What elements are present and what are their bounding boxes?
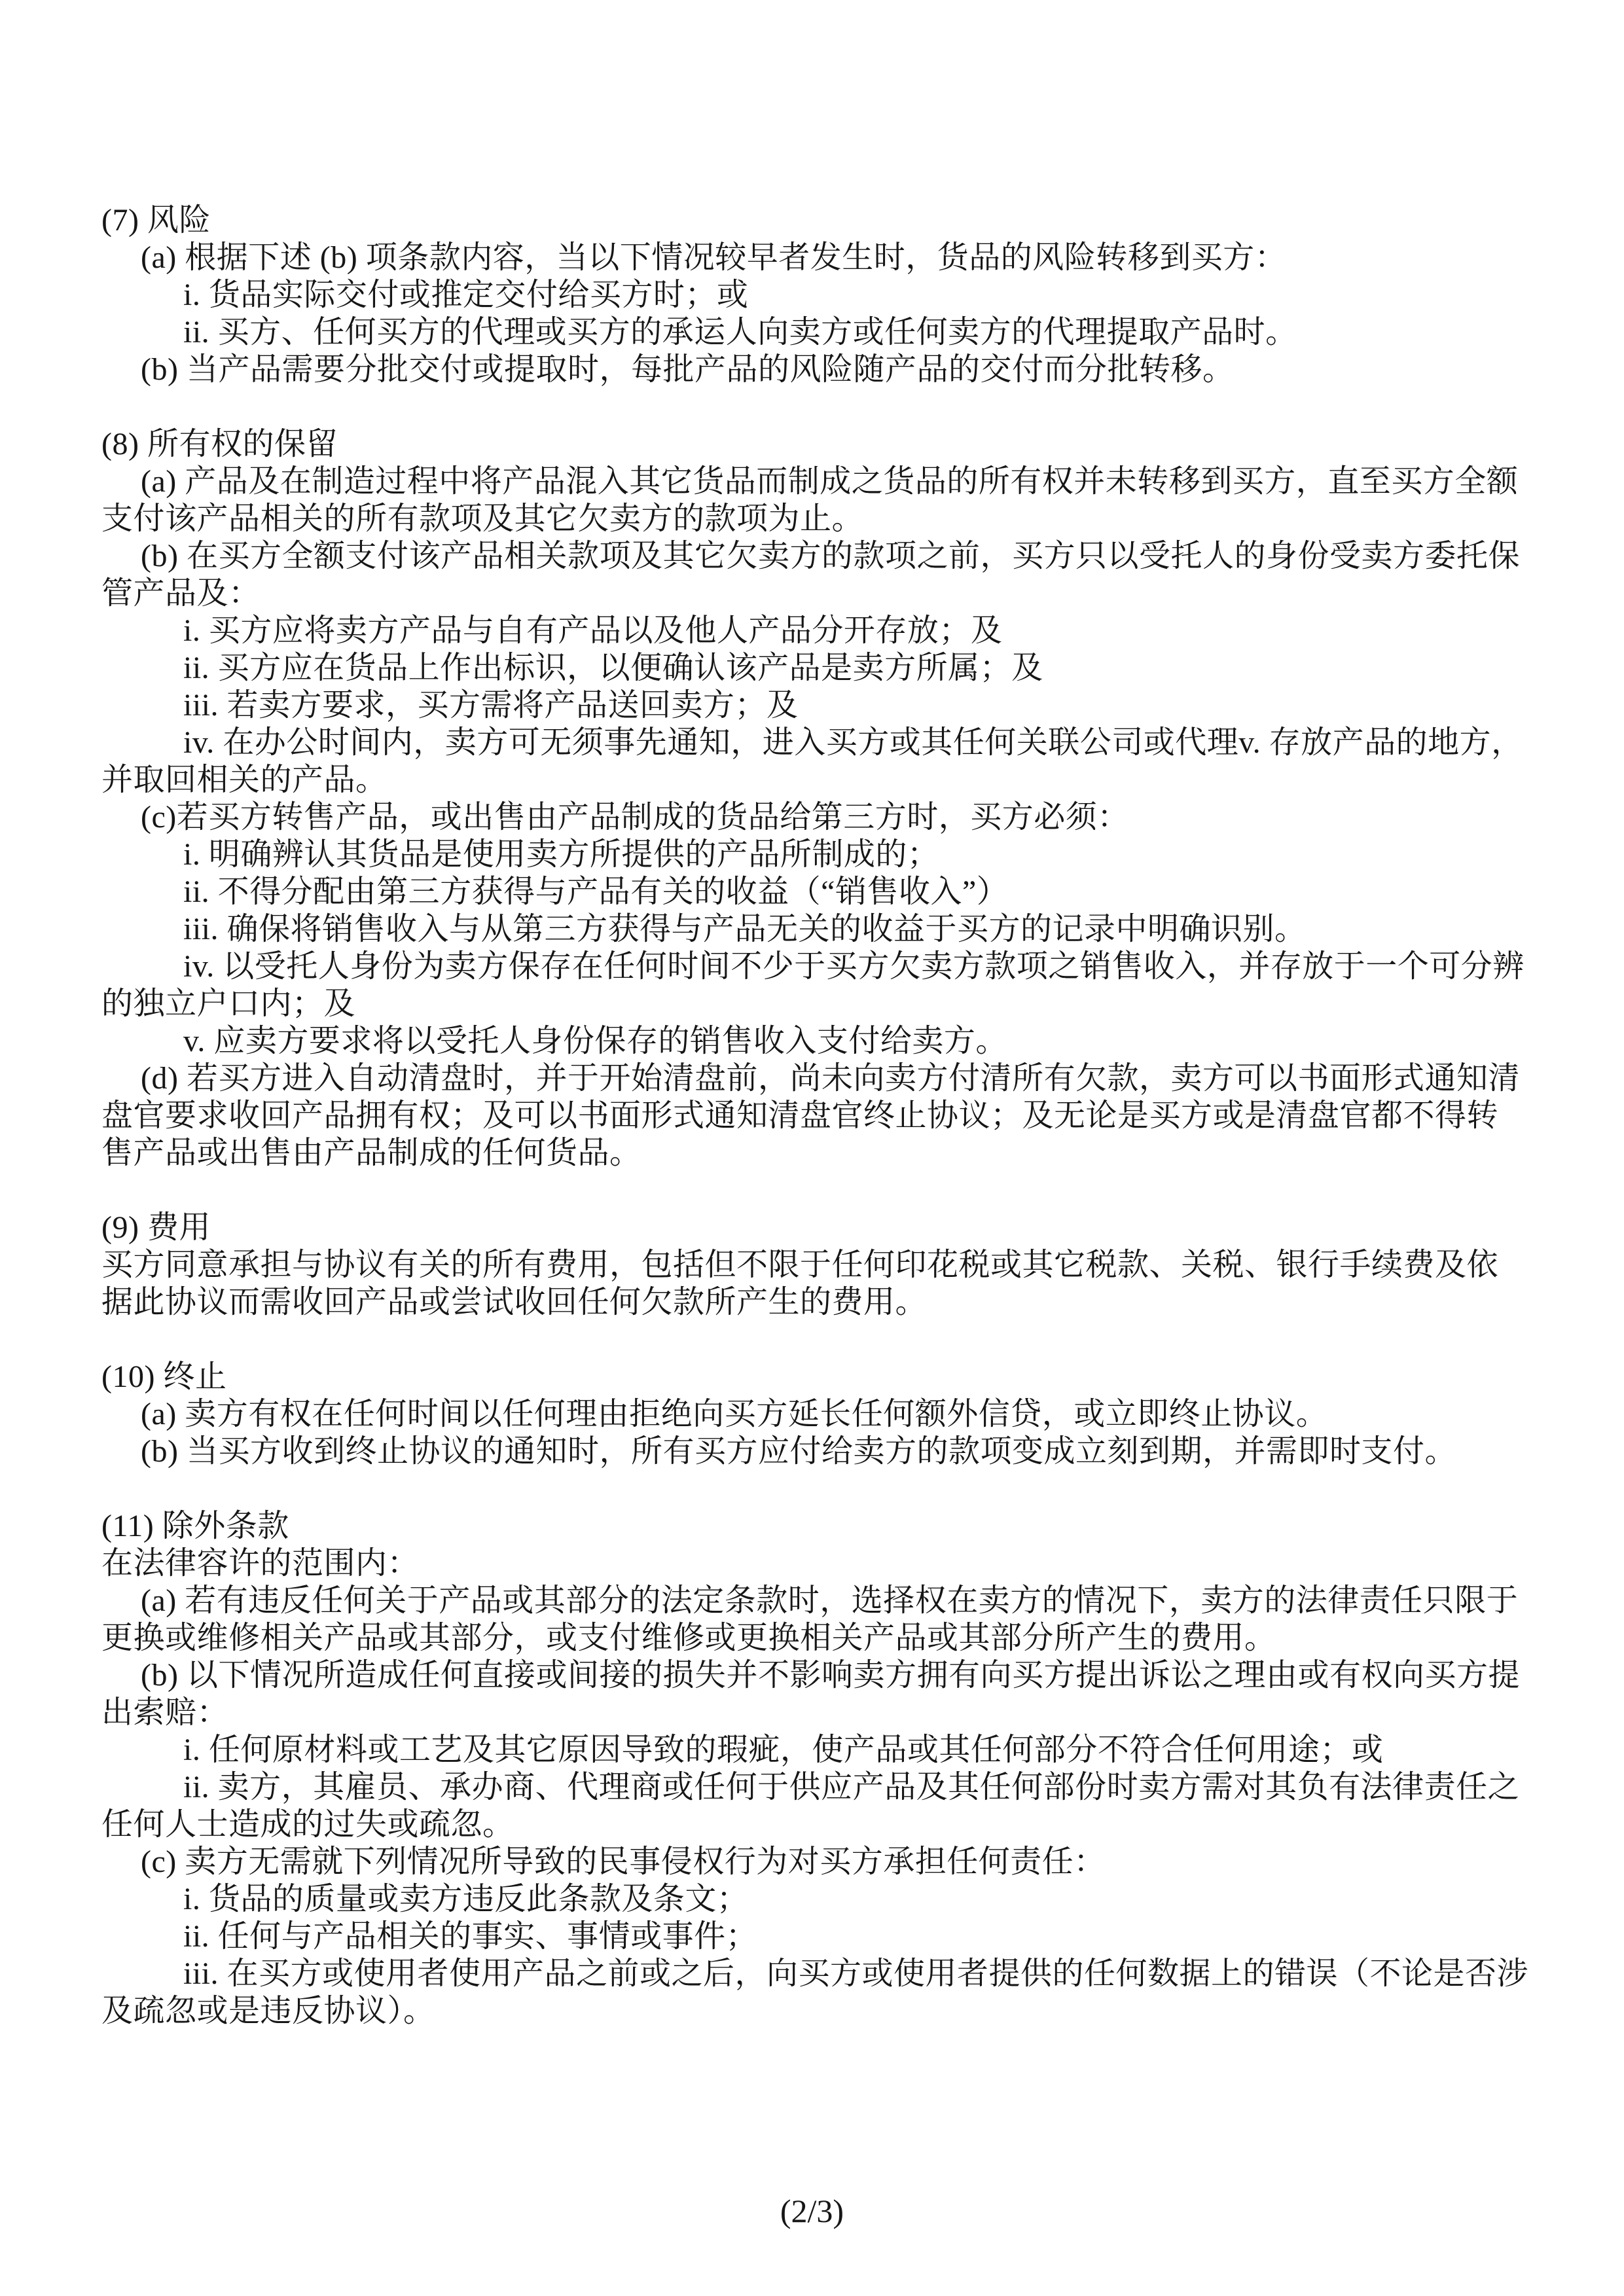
section-11-clause: iii. 在买方或使用者使用产品之前或之后，向买方或使用者提供的任何数据上的错误… [101,1955,1528,2030]
section-11-clause: (a) 若有违反任何关于产品或其部分的法定条款时，选择权在卖方的情况下，卖方的法… [101,1582,1528,1657]
document-page: (7) 风险(a) 根据下述 (b) 项条款内容，当以下情况较早者发生时，货品的… [0,0,1624,2296]
section-7-clause: ii. 买方、任何买方的代理或买方的承运人向卖方或任何卖方的代理提取产品时。 [101,314,1528,351]
section-10-clause: (a) 卖方有权在任何时间以任何理由拒绝向买方延长任何额外信贷，或立即终止协议。 [101,1395,1528,1433]
section-8-clause: i. 买方应将卖方产品与自有产品以及他人产品分开存放；及 [101,612,1528,649]
section-7-clause: (b) 当产品需要分批交付或提取时，每批产品的风险随产品的交付而分批转移。 [101,351,1528,388]
section-9: (9) 费用买方同意承担与协议有关的所有费用，包括但不限于任何印花税或其它税款、… [101,1209,1528,1321]
section-11-heading: (11) 除外条款 [101,1507,1528,1545]
section-8-clause: i. 明确辨认其货品是使用卖方所提供的产品所制成的； [101,836,1528,873]
section-11-clause: ii. 任何与产品相关的事实、事情或事件； [101,1918,1528,1955]
section-11-clause: (c) 卖方无需就下列情况所导致的民事侵权行为对买方承担任何责任： [101,1843,1528,1880]
section-11-clause: i. 任何原材料或工艺及其它原因导致的瑕疵，使产品或其任何部分不符合任何用途；或 [101,1731,1528,1768]
section-11-clause: ii. 卖方，其雇员、承办商、代理商或任何于供应产品及其任何部份时卖方需对其负有… [101,1768,1528,1843]
section-10: (10) 终止(a) 卖方有权在任何时间以任何理由拒绝向买方延长任何额外信贷，或… [101,1358,1528,1470]
section-9-clause: 买方同意承担与协议有关的所有费用，包括但不限于任何印花税或其它税款、关税、银行手… [101,1246,1528,1321]
section-8-clause: ii. 不得分配由第三方获得与产品有关的收益（“销售收入”） [101,873,1528,910]
section-8: (8) 所有权的保留(a) 产品及在制造过程中将产品混入其它货品而制成之货品的所… [101,425,1528,1172]
section-8-clause: (c)若买方转售产品，或出售由产品制成的货品给第三方时，买方必须： [101,798,1528,836]
section-11: (11) 除外条款在法律容许的范围内：(a) 若有违反任何关于产品或其部分的法定… [101,1507,1528,2030]
section-7-clause: i. 货品实际交付或推定交付给买方时；或 [101,276,1528,314]
section-8-clause: ii. 买方应在货品上作出标识，以便确认该产品是卖方所属；及 [101,649,1528,687]
section-8-heading: (8) 所有权的保留 [101,425,1528,463]
section-8-clause: iv. 在办公时间内，卖方可无须事先通知，进入买方或其任何关联公司或代理v. 存… [101,724,1528,798]
section-7-heading: (7) 风险 [101,202,1528,239]
section-7-clause: (a) 根据下述 (b) 项条款内容，当以下情况较早者发生时，货品的风险转移到买… [101,239,1528,276]
section-8-clause: iii. 若卖方要求，买方需将产品送回卖方；及 [101,687,1528,724]
section-11-clause: i. 货品的质量或卖方违反此条款及条文； [101,1880,1528,1918]
section-8-clause: v. 应卖方要求将以受托人身份保存的销售收入支付给卖方。 [101,1022,1528,1060]
section-11-clause: 在法律容许的范围内： [101,1545,1528,1582]
section-10-heading: (10) 终止 [101,1358,1528,1395]
section-8-clause: (a) 产品及在制造过程中将产品混入其它货品而制成之货品的所有权并未转移到买方，… [101,463,1528,537]
section-8-clause: (b) 在买方全额支付该产品相关款项及其它欠卖方的款项之前，买方只以受托人的身份… [101,537,1528,612]
section-11-clause: (b) 以下情况所造成任何直接或间接的损失并不影响卖方拥有向买方提出诉讼之理由或… [101,1657,1528,1731]
section-8-clause: iv. 以受托人身份为卖方保存在任何时间不少于买方欠卖方款项之销售收入，并存放于… [101,948,1528,1022]
section-10-clause: (b) 当买方收到终止协议的通知时，所有买方应付给卖方的款项变成立刻到期，并需即… [101,1433,1528,1470]
section-8-clause: iii. 确保将销售收入与从第三方获得与产品无关的收益于买方的记录中明确识别。 [101,910,1528,948]
terms-content: (7) 风险(a) 根据下述 (b) 项条款内容，当以下情况较早者发生时，货品的… [101,202,1528,2030]
section-9-heading: (9) 费用 [101,1209,1528,1246]
section-8-clause: (d) 若买方进入自动清盘时，并于开始清盘前，尚未向卖方付清所有欠款，卖方可以书… [101,1060,1528,1172]
page-number: (2/3) [0,2191,1624,2231]
section-7: (7) 风险(a) 根据下述 (b) 项条款内容，当以下情况较早者发生时，货品的… [101,202,1528,388]
